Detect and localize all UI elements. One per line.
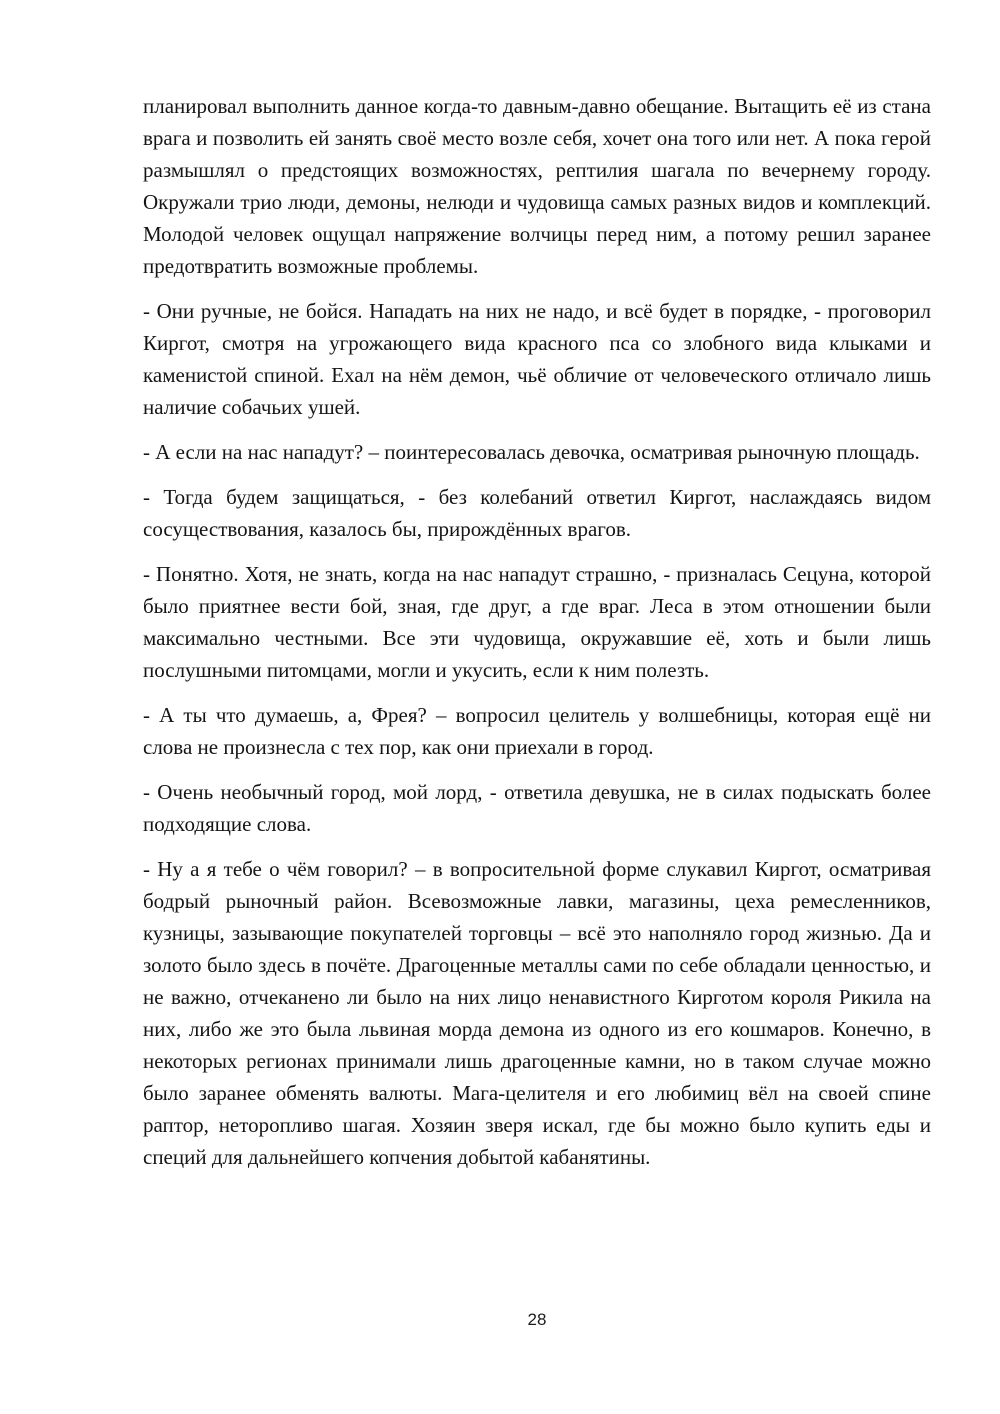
paragraph: планировал выполнить данное когда-то дав… <box>143 90 931 282</box>
body-text: планировал выполнить данное когда-то дав… <box>143 90 931 1173</box>
book-page: планировал выполнить данное когда-то дав… <box>0 0 1000 1414</box>
paragraph: - А ты что думаешь, а, Фрея? – вопросил … <box>143 699 931 763</box>
page-number: 28 <box>143 1310 931 1330</box>
paragraph: - Понятно. Хотя, не знать, когда на нас … <box>143 558 931 686</box>
paragraph: - Они ручные, не бойся. Нападать на них … <box>143 295 931 423</box>
paragraph: - Тогда будем защищаться, - без колебани… <box>143 481 931 545</box>
paragraph: - Очень необычный город, мой лорд, - отв… <box>143 776 931 840</box>
paragraph: - Ну а я тебе о чём говорил? – в вопроси… <box>143 853 931 1173</box>
paragraph: - А если на нас нападут? – поинтересовал… <box>143 436 931 468</box>
